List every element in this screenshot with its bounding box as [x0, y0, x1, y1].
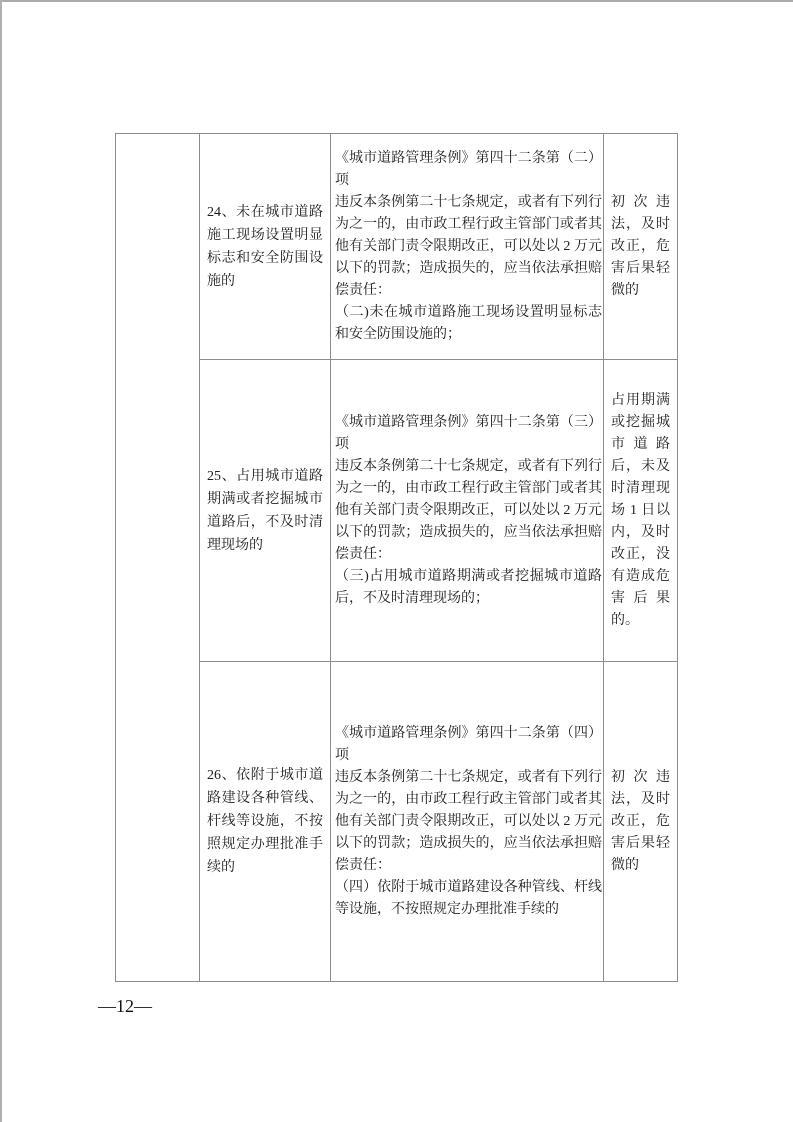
- category-cell-empty: [116, 134, 200, 981]
- item-cell-26: 26、依附于城市道路建设各种管线、杆线等设施，不按照规定办理批准手续的: [200, 662, 331, 981]
- discretion-note-text-26: 初次违法，及时改正，危害后果轻微的: [611, 767, 670, 877]
- scan-edge-left: [0, 0, 2, 1122]
- page-number: —12—: [98, 996, 152, 1017]
- legal-basis-cell-26: 《城市道路管理条例》第四十二条第（四）项 违反本条例第二十七条规定，或者有下列行…: [331, 662, 604, 981]
- item-text-24: 24、未在城市道路施工现场设置明显标志和安全防围设施的: [207, 201, 323, 293]
- item-cell-24: 24、未在城市道路施工现场设置明显标志和安全防围设施的: [200, 134, 331, 360]
- document-page: 24、未在城市道路施工现场设置明显标志和安全防围设施的 《城市道路管理条例》第四…: [0, 0, 793, 1122]
- discretion-note-cell-24: 初次违法，及时改正，危害后果轻微的: [604, 134, 677, 360]
- regulation-table: 24、未在城市道路施工现场设置明显标志和安全防围设施的 《城市道路管理条例》第四…: [115, 133, 678, 982]
- legal-basis-text-26: 《城市道路管理条例》第四十二条第（四）项 违反本条例第二十七条规定，或者有下列行…: [335, 723, 602, 921]
- item-text-26: 26、依附于城市道路建设各种管线、杆线等设施，不按照规定办理批准手续的: [207, 764, 323, 879]
- discretion-note-text-25: 占用期满或挖掘城市道路后，未及时清理现场 1 日以内，及时改正，没有造成危害后果…: [611, 390, 670, 632]
- discretion-note-text-24: 初次违法，及时改正，危害后果轻微的: [611, 192, 670, 302]
- legal-basis-text-24: 《城市道路管理条例》第四十二条第（二）项 违反本条例第二十七条规定，或者有下列行…: [335, 148, 602, 346]
- item-cell-25: 25、占用城市道路期满或者挖掘城市道路后，不及时清理现场的: [200, 360, 331, 662]
- legal-basis-cell-25: 《城市道路管理条例》第四十二条第（三）项 违反本条例第二十七条规定，或者有下列行…: [331, 360, 604, 662]
- legal-basis-cell-24: 《城市道路管理条例》第四十二条第（二）项 违反本条例第二十七条规定，或者有下列行…: [331, 134, 604, 360]
- discretion-note-cell-25: 占用期满或挖掘城市道路后，未及时清理现场 1 日以内，及时改正，没有造成危害后果…: [604, 360, 677, 662]
- discretion-note-cell-26: 初次违法，及时改正，危害后果轻微的: [604, 662, 677, 981]
- item-text-25: 25、占用城市道路期满或者挖掘城市道路后，不及时清理现场的: [207, 465, 323, 557]
- legal-basis-text-25: 《城市道路管理条例》第四十二条第（三）项 违反本条例第二十七条规定，或者有下列行…: [335, 412, 602, 610]
- scan-edge-top: [0, 0, 793, 2]
